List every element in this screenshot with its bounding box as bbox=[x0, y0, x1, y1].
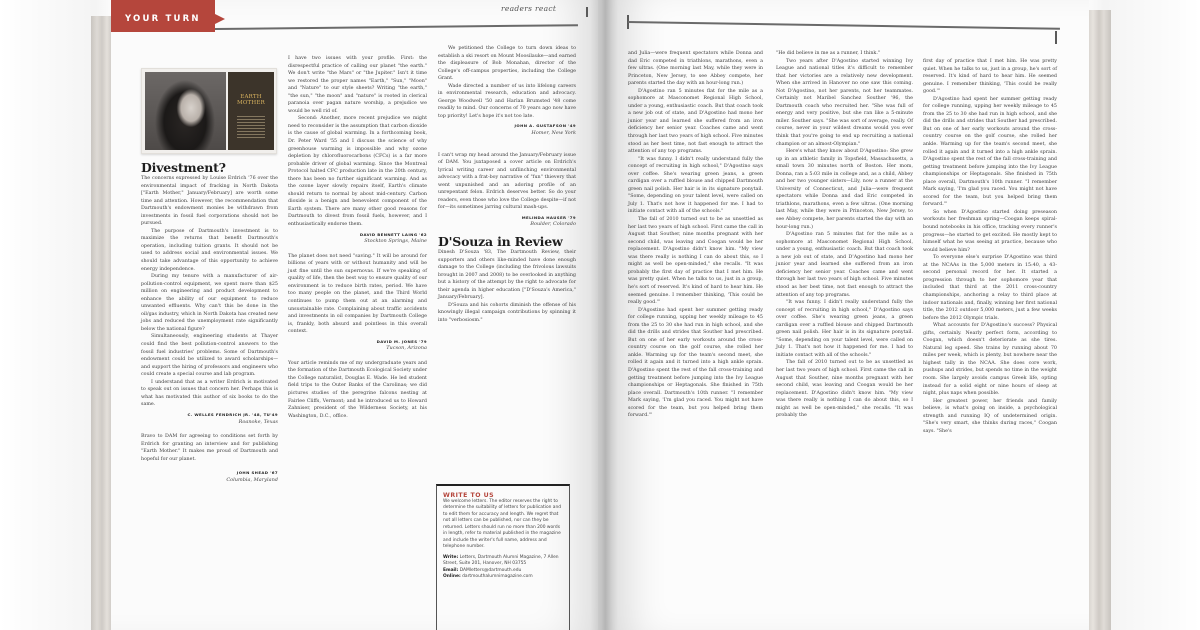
left-page-stack-edge bbox=[91, 16, 111, 630]
article-paragraph: The fall of 2010 turned out to be as uns… bbox=[776, 359, 913, 419]
article-paragraph: What accounts for D'Agostino's success? … bbox=[923, 322, 1057, 397]
letter-paragraph: The planet does not need "saving." It wi… bbox=[288, 253, 427, 336]
article-paragraph: The fall of 2010 turned out to be as uns… bbox=[628, 216, 763, 307]
letter-paragraph: Your article reminds me of my undergradu… bbox=[288, 360, 427, 420]
section-tab-label: YOUR TURN bbox=[125, 14, 201, 24]
write-address: Write: Letters, Dartmouth Alumni Magazin… bbox=[443, 555, 563, 568]
letter-paragraph: D'Souza and his cohorts diminish the off… bbox=[438, 302, 576, 325]
header-rule-cap-right bbox=[1055, 31, 1057, 44]
letter-location: Roanoke, Texas bbox=[141, 419, 278, 427]
column-3: We petitioned the College to turn down i… bbox=[438, 45, 576, 325]
article-paragraph: D'Agostino ran 5 minutes flat for the mi… bbox=[628, 88, 763, 156]
letter-paragraph: Bravo to DAM for agreeing to conditions … bbox=[141, 433, 278, 463]
letter-location: Tucson, Arizona bbox=[288, 345, 427, 353]
article-column-2: "He did believe in me as a runner, I thi… bbox=[776, 50, 913, 420]
article-paragraph: Two years after D'Agostino started winni… bbox=[776, 58, 913, 149]
cover-title: EARTH MOTHER bbox=[232, 94, 270, 106]
letter-signature: MELINDA HAUSER '79 bbox=[438, 214, 576, 222]
right-page-stack-edge bbox=[1087, 10, 1111, 630]
cover-text-lines bbox=[237, 116, 265, 140]
header-rule-right bbox=[628, 21, 1060, 29]
left-page: YOUR TURN readers react EARTH MOTHER Div… bbox=[111, 0, 598, 630]
section-tag: readers react bbox=[501, 4, 556, 13]
right-page: and Julia—were frequent spectators while… bbox=[598, 0, 1089, 630]
article-paragraph: Here's what they know about D'Agostino: … bbox=[776, 148, 913, 231]
article-column-1: and Julia—were frequent spectators while… bbox=[628, 50, 763, 420]
article-paragraph: "He did believe in me as a runner, I thi… bbox=[776, 50, 913, 58]
article-paragraph: So when D'Agostino started doing preseas… bbox=[923, 209, 1057, 254]
section-tab-banner: YOUR TURN bbox=[111, 0, 215, 32]
letter-location: Boulder, Colorado bbox=[438, 221, 576, 229]
write-to-us-title: WRITE TO US bbox=[443, 492, 563, 499]
letter-paragraph: During my tenure with a manufacturer of … bbox=[141, 273, 278, 333]
article-paragraph: "It was funny. I didn't really understan… bbox=[776, 299, 913, 359]
article-paragraph: "It was funny. I didn't really understan… bbox=[628, 156, 763, 216]
letter-paragraph: The purpose of Dartmouth's investment is… bbox=[141, 228, 278, 273]
article-paragraph: D'Agostino had spent her summer getting … bbox=[923, 96, 1057, 209]
letter-location: Columbia, Maryland bbox=[141, 477, 278, 485]
letter-signature: DAVID BENNETT LAING '62 bbox=[288, 231, 427, 239]
write-to-us-body: We welcome letters. The editor reserves … bbox=[443, 499, 563, 551]
write-to-us-box: WRITE TO US We welcome letters. The edit… bbox=[436, 484, 570, 630]
letter-signature: JOHN A. GUSTAFSON '49 bbox=[438, 122, 576, 130]
column-1: Divestment? The concerns expressed by Lo… bbox=[141, 161, 278, 484]
letter-paragraph: Wade directed a number of us into lifelo… bbox=[438, 83, 576, 121]
letter-location: Homer, New York bbox=[438, 130, 576, 138]
article-column-3: first day of practice that I met him. He… bbox=[923, 58, 1057, 435]
letter-signature: DAVID M. JONES '79 bbox=[288, 338, 427, 346]
letter-paragraph: I have two issues with your profile. Fir… bbox=[288, 55, 427, 115]
letter-paragraph: Simultaneously, engineering students at … bbox=[141, 333, 278, 378]
write-online[interactable]: Online: dartmouthalumnimagazine.com bbox=[443, 574, 563, 580]
headline-dsouza-in-review: D'Souza in Review bbox=[438, 235, 576, 249]
article-photo: EARTH MOTHER bbox=[141, 68, 277, 154]
article-paragraph: D'Agostino ran 5 minutes flat for the mi… bbox=[776, 231, 913, 299]
header-rule bbox=[215, 24, 578, 29]
letter-paragraph: Second: Another, more recent prejudice w… bbox=[288, 115, 427, 228]
letter-paragraph: We petitioned the College to turn down i… bbox=[438, 45, 576, 83]
article-paragraph: and Julia—were frequent spectators while… bbox=[628, 50, 763, 88]
letter-paragraph: Dinesh D'Souza '83, The Dartmouth Review… bbox=[438, 249, 576, 302]
letter-signature: C. WELLES FENDRICH JR. '48, TU'49 bbox=[141, 411, 278, 419]
author-portrait-image bbox=[145, 72, 226, 150]
article-paragraph: Her greatest power, her friends and fami… bbox=[923, 398, 1057, 436]
letter-signature: JOHN SHEAD '67 bbox=[141, 469, 278, 477]
spine-gutter-shadow bbox=[590, 0, 618, 630]
article-paragraph: first day of practice that I met him. He… bbox=[923, 58, 1057, 96]
letter-paragraph: I understand that as a writer Erdrich is… bbox=[141, 379, 278, 409]
magazine-cover-image: EARTH MOTHER bbox=[228, 72, 274, 150]
letter-location: Stockton Springs, Maine bbox=[288, 238, 427, 246]
letter-paragraph: The concerns expressed by Louise Erdrich… bbox=[141, 175, 278, 228]
column-2: I have two issues with your profile. Fir… bbox=[288, 55, 427, 420]
letter-paragraph: I can't wrap my head around the January/… bbox=[438, 152, 576, 212]
headline-divestment: Divestment? bbox=[141, 161, 278, 175]
article-paragraph: To everyone else's surprise D'Agostino w… bbox=[923, 254, 1057, 322]
article-paragraph: D'Agostino had spent her summer getting … bbox=[628, 307, 763, 420]
header-rule-cap bbox=[586, 7, 588, 17]
